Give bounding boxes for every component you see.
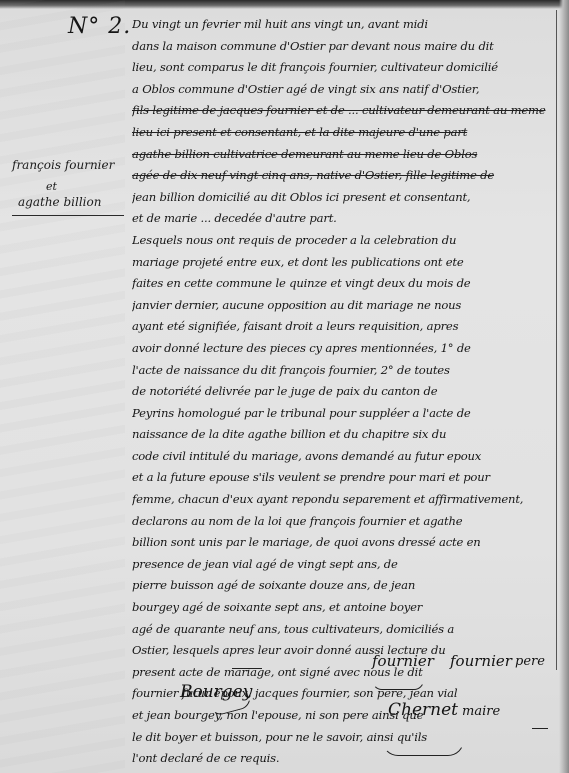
record-line-text: fils legitime de jacques fournier et de …: [132, 103, 546, 117]
record-line-text: pierre buisson agé de soixante douze ans…: [132, 578, 415, 592]
record-line: lieu ici present et consentant, et la di…: [132, 122, 552, 144]
record-line: faites en cette commune le quinze et vin…: [132, 273, 552, 295]
record-line-text: de notoriété delivrée par le juge de pai…: [132, 384, 437, 398]
record-line-text: Peyrins homologué par le tribunal pour s…: [132, 406, 471, 420]
right-margin-rule: [556, 10, 557, 670]
record-line-text: naissance de la dite agathe billion et d…: [132, 427, 446, 441]
record-line: bourgey agé de soixante sept ans, et ant…: [132, 597, 552, 619]
record-line: Ostier, lesquels apres leur avoir donné …: [132, 640, 552, 662]
record-line-text: present acte de mariage, ont signé avec …: [132, 665, 423, 679]
record-line-text: Lesquels nous ont requis de proceder a l…: [132, 233, 456, 247]
record-line: dans la maison commune d'Ostier par deva…: [132, 36, 552, 58]
record-line: avoir donné lecture des pieces cy apres …: [132, 338, 552, 360]
record-line-text: fournier futur epoux, jacques fournier, …: [132, 686, 457, 700]
margin-note: françois fournier et agathe billion: [12, 158, 124, 216]
record-line: Peyrins homologué par le tribunal pour s…: [132, 403, 552, 425]
record-line-text: l'ont declaré de ce requis.: [132, 751, 279, 765]
record-line-text: agée de dix neuf vingt cinq ans, native …: [132, 168, 494, 182]
record-line-text: a Oblos commune d'Ostier agé de vingt si…: [132, 82, 479, 96]
record-line-text: avoir donné lecture des pieces cy apres …: [132, 341, 471, 355]
record-line: a Oblos commune d'Ostier agé de vingt si…: [132, 79, 552, 101]
record-line-text: et jean bourgey, non l'epouse, ni son pe…: [132, 708, 423, 722]
record-line-text: lieu, sont comparus le dit françois four…: [132, 60, 498, 74]
record-line: et jean bourgey, non l'epouse, ni son pe…: [132, 705, 552, 727]
record-line-text: le dit boyer et buisson, pour ne le savo…: [132, 730, 427, 744]
record-line-text: presence de jean vial agé de vingt sept …: [132, 557, 398, 571]
record-line: et de marie ... decedée d'autre part.: [132, 208, 552, 230]
record-line-text: Du vingt un fevrier mil huit ans vingt u…: [132, 17, 428, 31]
record-line: janvier dernier, aucune opposition au di…: [132, 295, 552, 317]
margin-bleed-through: [0, 0, 125, 773]
entry-number: N° 2.: [68, 14, 131, 39]
record-line: billion sont unis par le mariage, de quo…: [132, 532, 552, 554]
record-line: de notoriété delivrée par le juge de pai…: [132, 381, 552, 403]
record-line-text: agé de quarante neuf ans, tous cultivate…: [132, 622, 454, 636]
record-line-text: code civil intitulé du mariage, avons de…: [132, 449, 481, 463]
margin-groom-name: françois fournier: [12, 158, 124, 172]
record-line: mariage projeté entre eux, et dont les p…: [132, 252, 552, 274]
record-body: Du vingt un fevrier mil huit ans vingt u…: [132, 14, 552, 770]
record-line: declarons au nom de la loi que françois …: [132, 511, 552, 533]
record-line-text: et de marie ... decedée d'autre part.: [132, 211, 337, 225]
record-line-text: dans la maison commune d'Ostier par deva…: [132, 39, 494, 53]
record-line: Lesquels nous ont requis de proceder a l…: [132, 230, 552, 252]
record-line-text: mariage projeté entre eux, et dont les p…: [132, 255, 464, 269]
record-line: fournier futur epoux, jacques fournier, …: [132, 683, 552, 705]
document-page: N° 2. françois fournier et agathe billio…: [0, 0, 569, 773]
record-line-text: declarons au nom de la loi que françois …: [132, 514, 462, 528]
record-line-text: bourgey agé de soixante sept ans, et ant…: [132, 600, 422, 614]
record-line-text: ayant eté signifiée, faisant droit a leu…: [132, 319, 458, 333]
record-line: agathe billion cultivatrice demeurant au…: [132, 144, 552, 166]
record-line: l'ont declaré de ce requis.: [132, 748, 552, 770]
margin-underline: [12, 215, 124, 216]
record-line: pierre buisson agé de soixante douze ans…: [132, 575, 552, 597]
record-line: le dit boyer et buisson, pour ne le savo…: [132, 727, 552, 749]
record-line-text: faites en cette commune le quinze et vin…: [132, 276, 470, 290]
record-line-text: jean billion domicilié au dit Oblos ici …: [132, 190, 470, 204]
record-line: l'acte de naissance du dit françois four…: [132, 360, 552, 382]
record-line: code civil intitulé du mariage, avons de…: [132, 446, 552, 468]
record-line: agé de quarante neuf ans, tous cultivate…: [132, 619, 552, 641]
record-line-text: lieu ici present et consentant, et la di…: [132, 125, 467, 139]
record-line: present acte de mariage, ont signé avec …: [132, 662, 552, 684]
record-line-text: et a la future epouse s'ils veulent se p…: [132, 470, 490, 484]
record-line-text: janvier dernier, aucune opposition au di…: [132, 298, 461, 312]
record-line-text: Ostier, lesquels apres leur avoir donné …: [132, 643, 445, 657]
margin-conjunction: et: [12, 180, 124, 193]
record-line: femme, chacun d'eux ayant repondu separe…: [132, 489, 552, 511]
record-line: naissance de la dite agathe billion et d…: [132, 424, 552, 446]
record-line: fils legitime de jacques fournier et de …: [132, 100, 552, 122]
record-line: agée de dix neuf vingt cinq ans, native …: [132, 165, 552, 187]
record-line-text: l'acte de naissance du dit françois four…: [132, 363, 450, 377]
record-line: Du vingt un fevrier mil huit ans vingt u…: [132, 14, 552, 36]
scan-right-edge: [559, 0, 569, 773]
record-line: ayant eté signifiée, faisant droit a leu…: [132, 316, 552, 338]
record-line-text: femme, chacun d'eux ayant repondu separe…: [132, 492, 523, 506]
record-line: jean billion domicilié au dit Oblos ici …: [132, 187, 552, 209]
record-line-text: agathe billion cultivatrice demeurant au…: [132, 147, 477, 161]
margin-bride-name: agathe billion: [12, 195, 124, 209]
record-line: et a la future epouse s'ils veulent se p…: [132, 467, 552, 489]
record-line: presence de jean vial agé de vingt sept …: [132, 554, 552, 576]
record-line-text: billion sont unis par le mariage, de quo…: [132, 535, 481, 549]
record-line: lieu, sont comparus le dit françois four…: [132, 57, 552, 79]
